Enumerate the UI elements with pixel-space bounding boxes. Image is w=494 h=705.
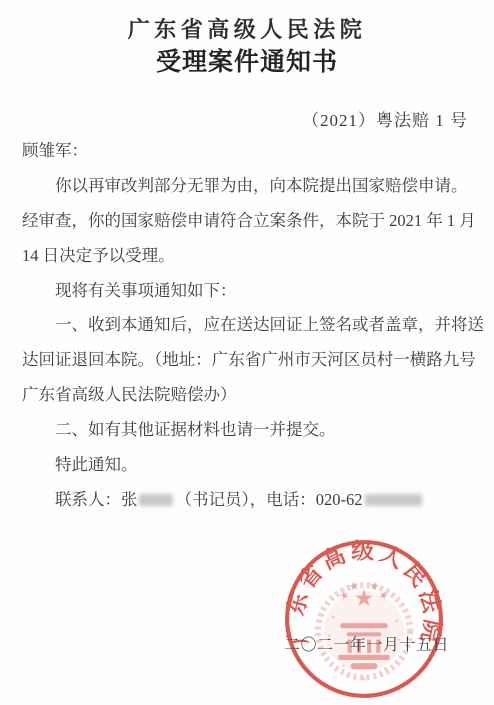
document-page: 广东省高级人民法院 受理案件通知书 （2021）粤法赔 1 号 顾雏军： 你以再… (0, 0, 494, 705)
p-item-1-line-2: 达回证退回本院。（地址：广东省广州市天河区员村一横路九号 (22, 343, 482, 378)
contact-line: 联系人：张（书记员），电话：020-62 (22, 483, 482, 518)
p-closing-line: 特此通知。 (22, 448, 482, 483)
p-acceptance-line-2: 经审查，你的国家赔偿申请符合立案条件，本院于 2021 年 1 月 (22, 204, 482, 239)
p-notice-intro-line: 现将有关事项通知如下： (22, 274, 482, 309)
recipient-line: 顾雏军： (22, 134, 482, 169)
contact-role-and-phone: （书记员），电话：020-62 (176, 490, 363, 509)
redacted-name-patch (139, 494, 173, 506)
official-seal: 广东省高级人民法院 (282, 537, 446, 701)
case-number: （2021）粤法赔 1 号 (302, 106, 468, 131)
p-acceptance-line-3: 14 日决定予以受理。 (22, 239, 482, 274)
p-item-1-line-3: 广东省高级人民法院赔偿办） (22, 378, 482, 413)
court-name-heading: 广东省高级人民法院 (0, 13, 494, 44)
document-title: 受理案件通知书 (0, 42, 494, 78)
redacted-phone-patch (365, 494, 422, 506)
national-emblem-icon (318, 581, 410, 680)
p-item-1-line-1: 一、收到本通知后，应在送达回证上签名或者盖章，并将送 (22, 308, 482, 343)
contact-label-and-name: 联系人：张 (55, 490, 138, 509)
p-acceptance-line-1: 你以再审改判部分无罪为由，向本院提出国家赔偿申请。 (22, 169, 482, 204)
document-date: 二〇二一年一月十五日 (284, 632, 449, 655)
p-item-2-line: 二、如有其他证据材料也请一并提交。 (22, 413, 482, 448)
document-body: 顾雏军： 你以再审改判部分无罪为由，向本院提出国家赔偿申请。 经审查，你的国家赔… (22, 134, 482, 518)
